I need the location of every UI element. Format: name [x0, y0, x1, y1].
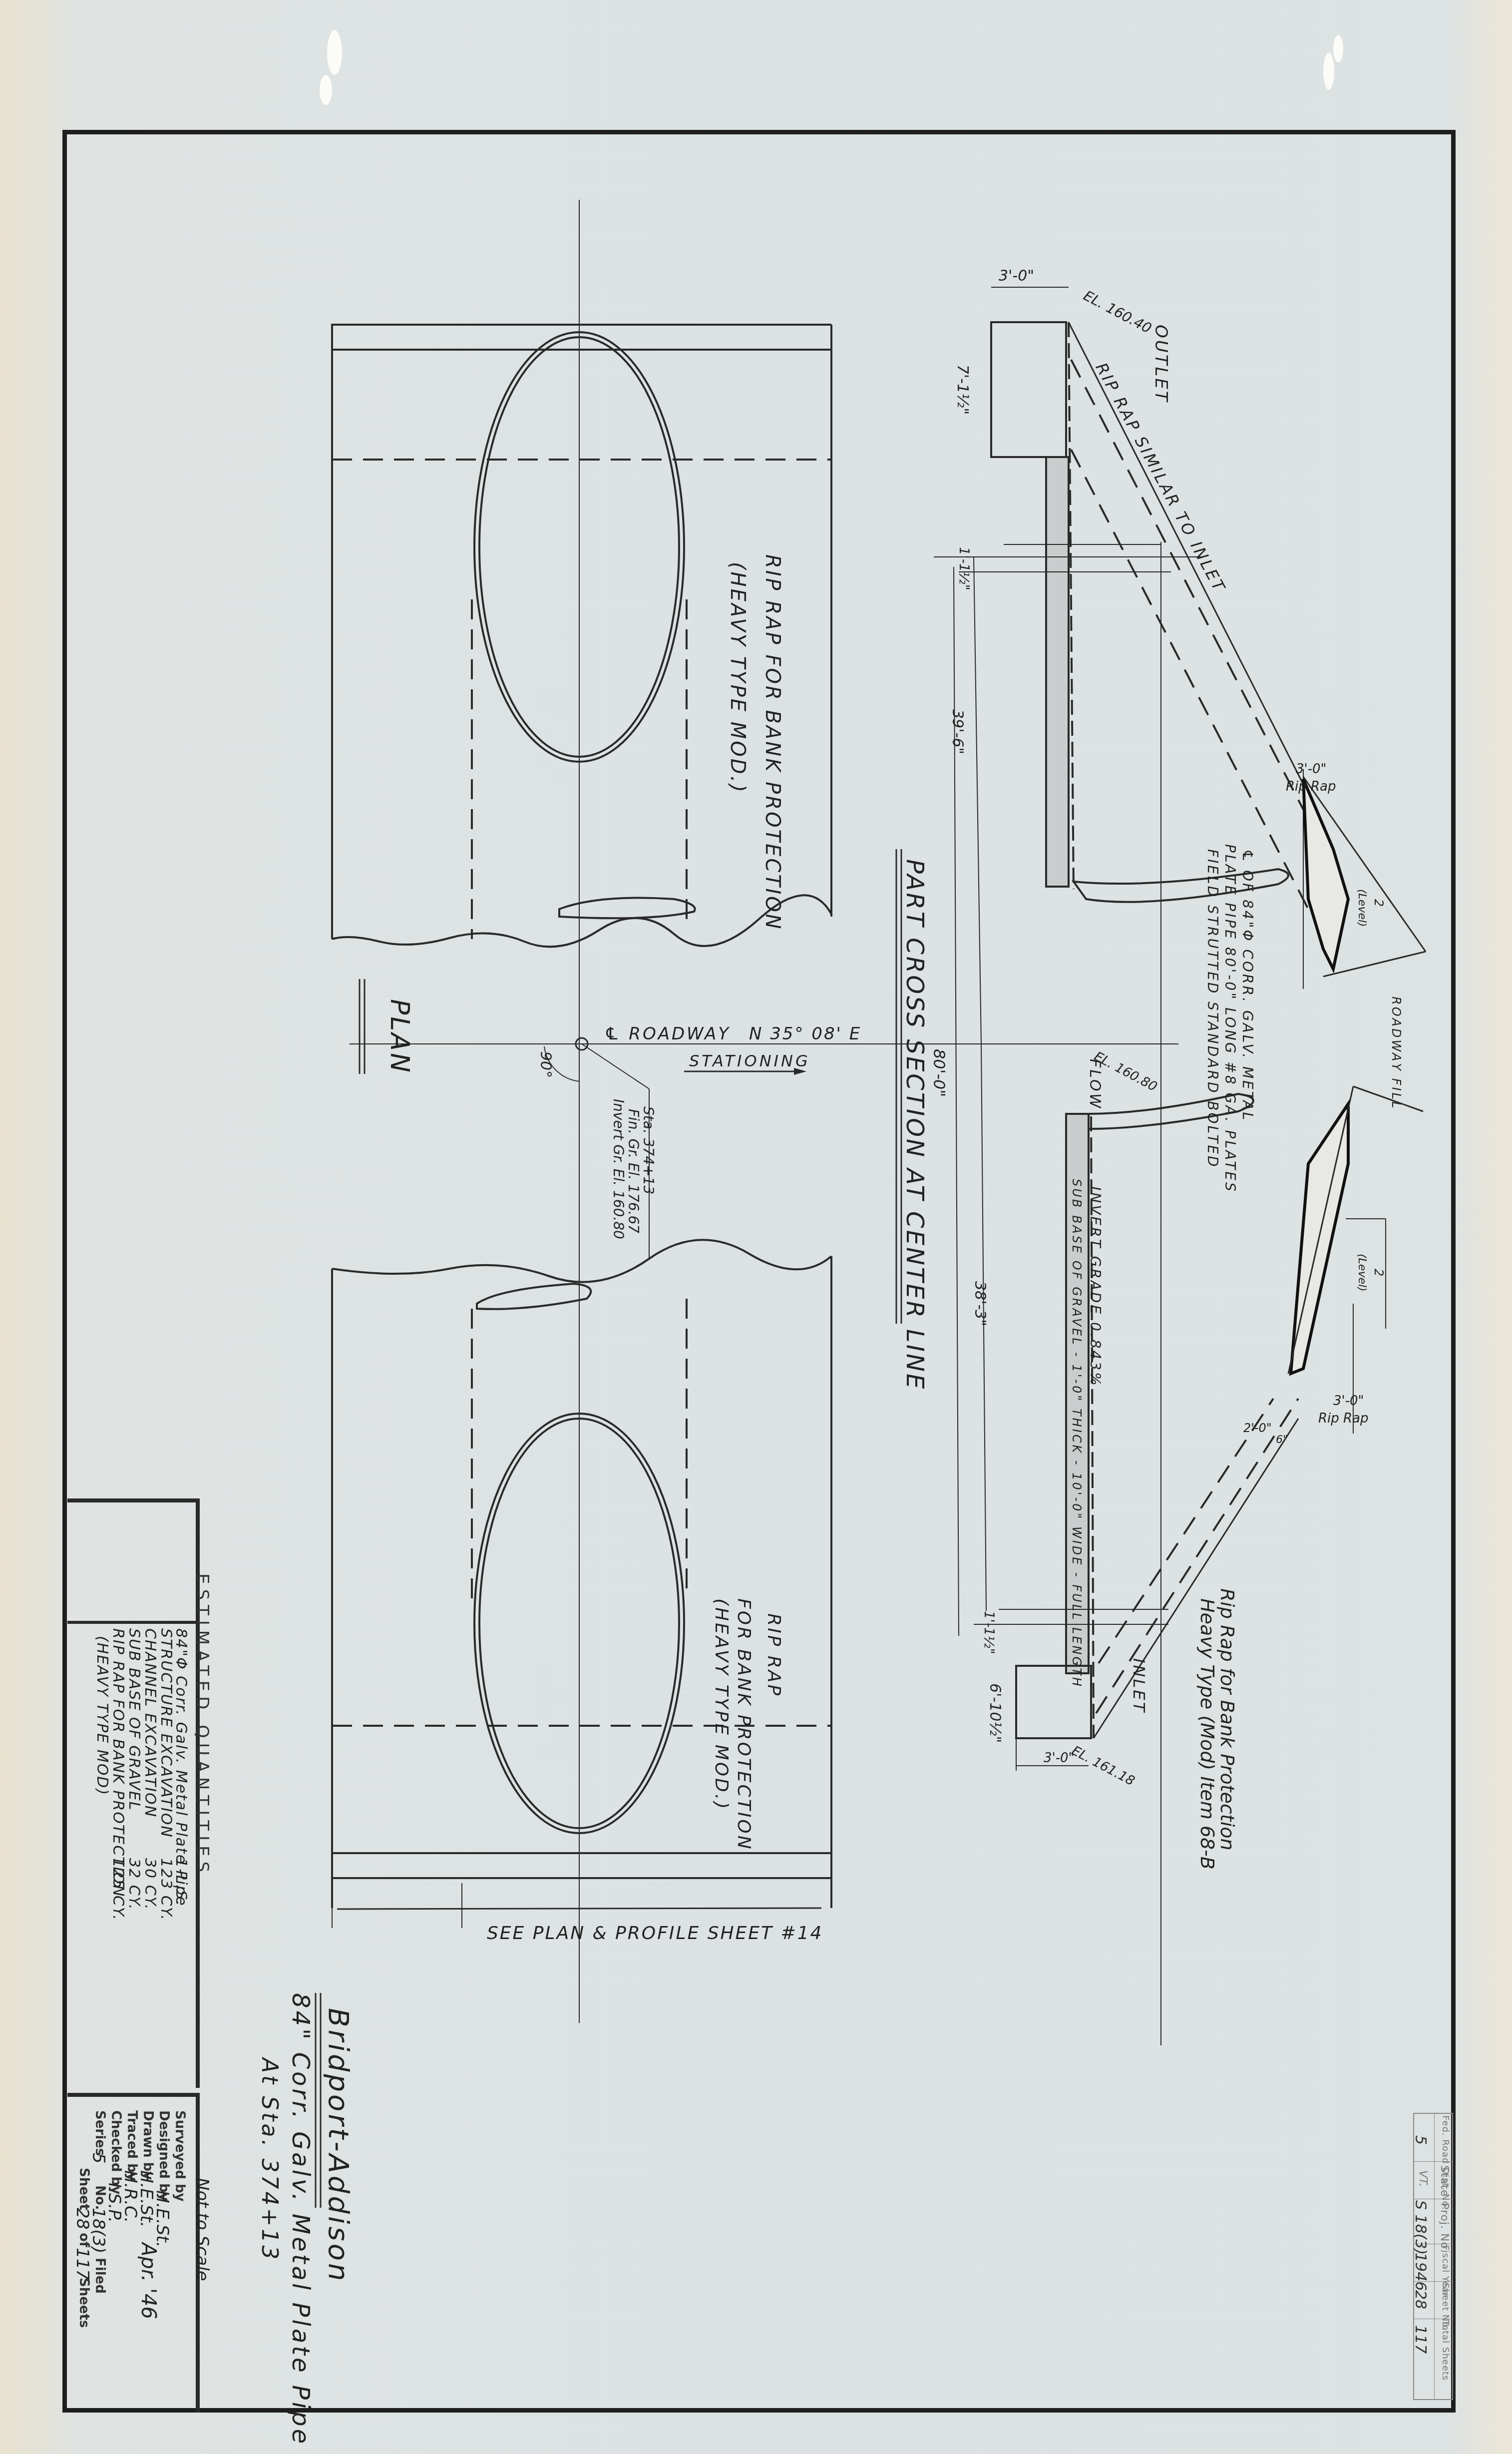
quantities-heading: Estimated Quantities	[192, 1573, 212, 1877]
quantity-label: (Heavy Type Mod)	[93, 1636, 111, 1796]
plan-inlet-riprap-note-line1: Rip Rap	[763, 1613, 784, 1697]
upper-length-dim: 39'-6"	[949, 709, 966, 754]
cross-section-title: Part Cross Section at Center Line	[901, 859, 929, 1391]
pipe-note-line2: Plate Pipe 80'-0" Long #8 Ga. Plates	[1222, 844, 1238, 1193]
stamp-value: S 18(3)	[1412, 2200, 1429, 2255]
lower-length-dim: 38'-3"	[971, 1281, 989, 1326]
subbase-note: Sub Base of Gravel - 1'-0" Thick - 10'-0…	[1070, 1179, 1084, 1688]
riprap-outlet-label: Rip Rap	[1286, 779, 1336, 794]
section-riprap-outlet	[1303, 777, 1426, 977]
outlet-step-dim: 1'-1½"	[956, 547, 971, 590]
roadway-bearing: N 35° 08' E	[749, 1024, 861, 1044]
outlet-height-dim: 7'-1½"	[954, 365, 971, 415]
plan-outlet-riprap-note-line1: Rip Rap for Bank Protection	[761, 554, 784, 931]
stationing-label: Stationing	[689, 1051, 810, 1070]
quantity-label: Structure Excavation	[157, 1628, 175, 1838]
outlet-width-dim: 3'-0"	[999, 267, 1034, 285]
series-label: Series	[92, 2110, 107, 2156]
quantity-value: 123 CY.	[157, 1858, 175, 1921]
designed-by-label: Designed by	[156, 2110, 171, 2201]
inlet-step-dim: 1'-1½"	[981, 1611, 996, 1654]
sheet-label: Sheet	[76, 2168, 91, 2210]
quantity-value: 1-L.S.	[172, 1858, 190, 1907]
plan-profile-reference: See Plan & Profile Sheet #14	[487, 1923, 823, 1944]
drawn-by-label: Drawn by	[140, 2110, 155, 2180]
quantity-label: Channel Excavation	[141, 1628, 159, 1818]
riprap-inlet-label: Rip Rap	[1318, 1411, 1369, 1426]
date-value: Apr. '46	[137, 2243, 160, 2319]
station-callout-station: Sta. 374+13	[640, 1106, 657, 1194]
series-value: 5	[88, 2153, 108, 2164]
riprap-inlet-width-dim: 3'-0"	[1333, 1394, 1364, 1409]
plan-inlet-block	[332, 1240, 831, 1908]
filed-label: Filed	[92, 2258, 107, 2294]
checked-by-label: Checked by	[108, 2110, 123, 2194]
inlet-riprap-note-line2: Heavy Type (Mod) Item 68-B	[1196, 1598, 1218, 1870]
sheets-label: Sheets	[76, 2278, 91, 2328]
plan-outlet-riprap-note-line2: (Heavy Type Mod.)	[726, 562, 749, 794]
drawing-station: At Sta. 374+13	[257, 2058, 282, 2262]
slope-ratio-inlet: 2	[1372, 1269, 1386, 1276]
quantity-value: 30 CY.	[141, 1858, 159, 1911]
outlet-label: Outlet	[1151, 325, 1171, 404]
slope-ratio-outlet: 2	[1372, 899, 1386, 907]
total-length-dim: 80'-0"	[930, 1049, 949, 1097]
bank-offset-small-dim: 6"	[1276, 1434, 1288, 1446]
drawing-title: Bridport-Addison	[322, 2008, 355, 2283]
inlet-label: Inlet	[1130, 1658, 1148, 1714]
invert-grade-note: Invert Grade 0.843%	[1087, 1186, 1104, 1388]
scale-note: Not to Scale	[192, 2178, 212, 2281]
pipe-note-line1: ℄ of 84"Φ Corr. Galv. Metal	[1239, 849, 1256, 1122]
drawing-subtitle: 84" Corr. Galv. Metal Plate Pipe	[287, 1993, 315, 2446]
station-callout-invert-grade: Invert Gr. El. 160.80	[610, 1099, 627, 1239]
quantity-label: Sub Base of Gravel	[125, 1628, 143, 1811]
inlet-height-dim: 6'-10½"	[986, 1683, 1004, 1743]
bank-offset-dim: 2'-0"	[1243, 1421, 1272, 1435]
slope-level-inlet: (Level)	[1356, 1254, 1368, 1292]
station-callout-finish-grade: Fin. Gr. El. 176.67	[625, 1109, 642, 1233]
stamp-value: 117	[1412, 2325, 1429, 2354]
quantity-value: 125 CY.	[109, 1858, 127, 1921]
inlet-riprap-note-line1: Rip Rap for Bank Protection	[1216, 1588, 1238, 1851]
flow-label: Flow	[1086, 1059, 1104, 1110]
of-label: of	[76, 2233, 91, 2247]
sheet-value: 28	[72, 2208, 92, 2229]
drawing-linework	[0, 0, 1512, 2454]
centerline-roadway-label: ℄ Roadway	[604, 1024, 731, 1044]
stamp-value: 1946	[1412, 2253, 1429, 2291]
stamp-value: 5	[1412, 2135, 1429, 2145]
inlet-width-dim: 3'-0"	[1044, 1751, 1075, 1766]
riprap-outlet-width-dim: 3'-0"	[1296, 762, 1327, 777]
quantity-value: 32 CY.	[125, 1858, 143, 1911]
quantity-label: Rip Rap for Bank Protection	[109, 1628, 127, 1897]
plan-view-title: Plan	[384, 999, 414, 1074]
stamp-header: Total Sheets	[1440, 2320, 1451, 2381]
roadway-fill-label: Roadway Fill	[1389, 996, 1403, 1110]
quantities-divider	[67, 1621, 200, 1624]
angle-label: 90°	[537, 1051, 554, 1078]
plan-inlet-riprap-note-line2: for Bank Protection	[734, 1598, 754, 1851]
stamp-value: 28	[1412, 2290, 1429, 2309]
slope-level-outlet: (Level)	[1356, 889, 1368, 927]
number-label: No.	[92, 2185, 107, 2210]
stamp-header: State	[1438, 2165, 1451, 2197]
pipe-note-line3: Field Strutted Standard Bolted	[1204, 849, 1221, 1169]
total-sheets-value: 117	[72, 2248, 92, 2280]
plan-inlet-riprap-note-line3: (Heavy Type Mod.)	[711, 1598, 732, 1811]
stamp-value: VT.	[1417, 2170, 1429, 2187]
plan-outlet-block	[332, 325, 831, 947]
surveyed-by-label: Surveyed by	[172, 2110, 187, 2201]
